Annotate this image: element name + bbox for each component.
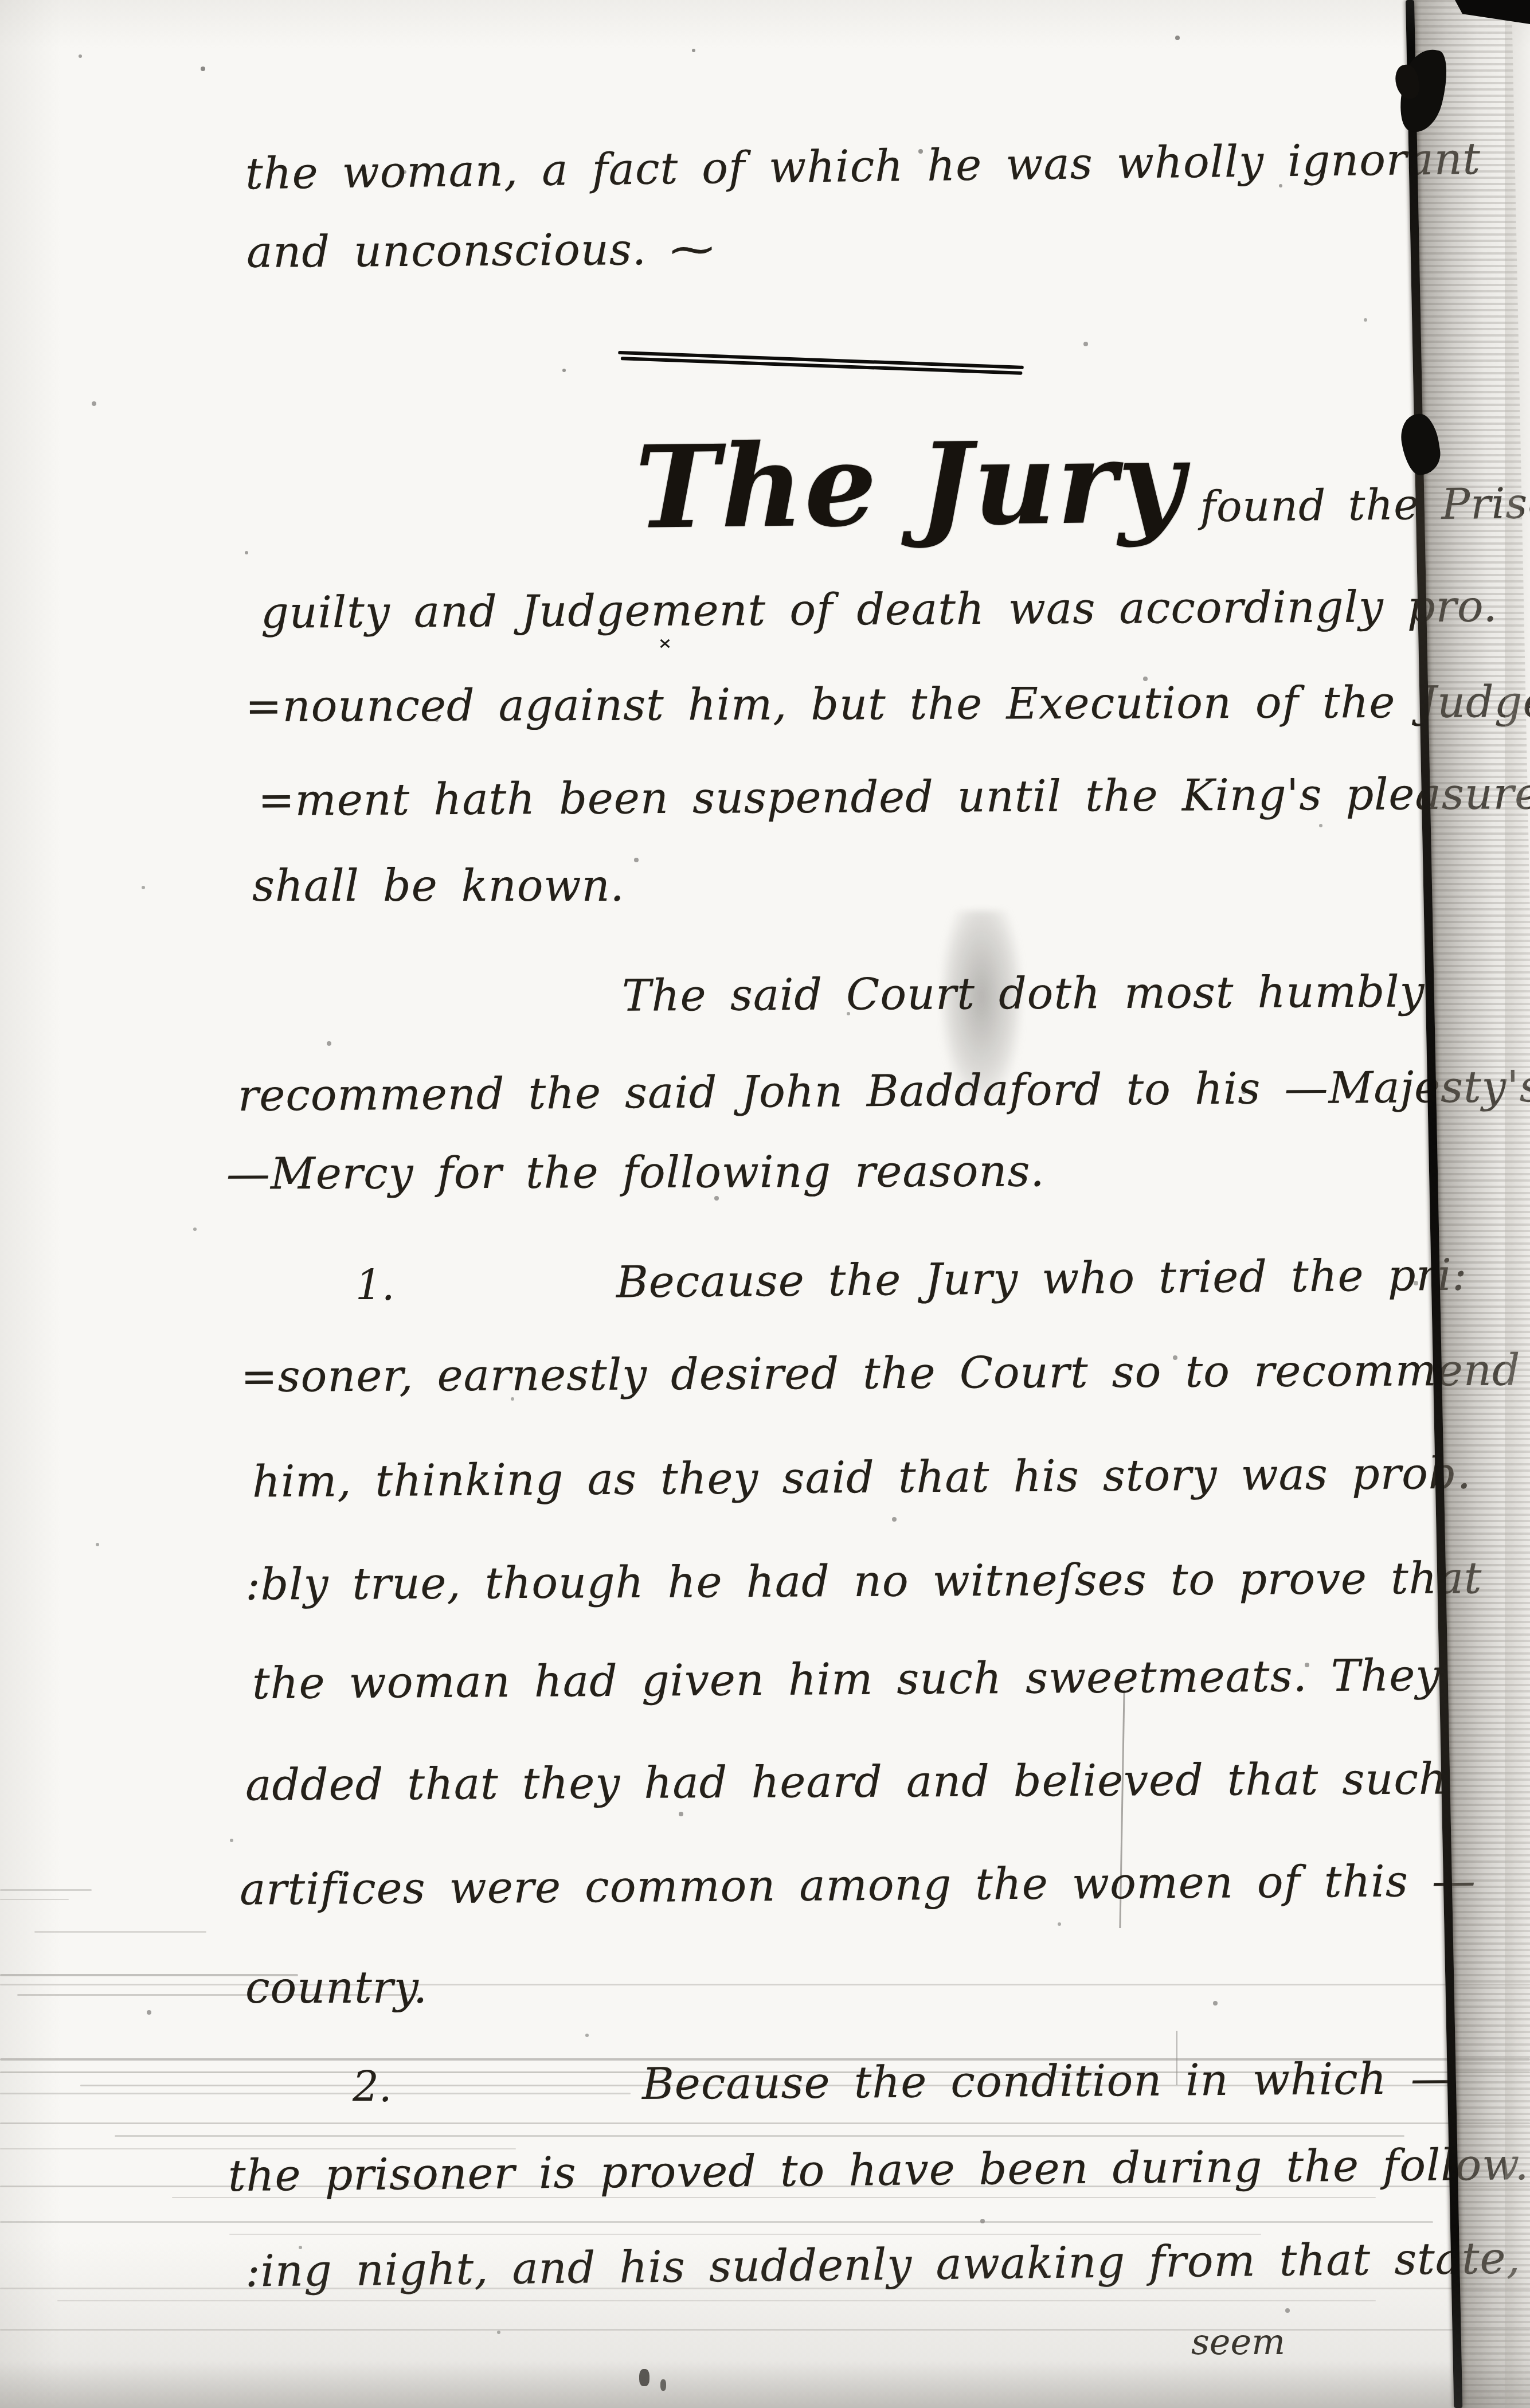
manuscript-line: =nounced against him, but the Execution … [245,676,1530,732]
manuscript-line: Because the condition in which — [642,2053,1455,2109]
manuscript-line: =soner, earnestly desired the Court so t… [241,1344,1530,1402]
page-outer-edge [1505,0,1530,2408]
manuscript-line: Because the Jury who tried the pri: [616,1249,1468,1308]
manuscript-line: The said Court doth most humbly [622,965,1425,1021]
bottom-scan-band [0,2361,1530,2408]
catchword: seem [1191,2321,1285,2363]
manuscript-line: him, thinking as they said that his stor… [252,1448,1472,1507]
manuscript-line: shall be known. [252,860,625,911]
manuscript-line: —Mercy for the following reasons. [226,1146,1045,1199]
manuscript-page: the woman, a fact of which he was wholly… [0,0,1530,2408]
manuscript-line: country. [245,1962,428,2013]
manuscript-line: and unconscious. ⁓ [246,223,715,277]
manuscript-line: added that they had heard and believed t… [245,1753,1447,1811]
paper-speckles [0,0,2,2]
ink-blot [659,638,671,649]
manuscript-line: recommend the said John Baddaford to his… [238,1061,1530,1121]
manuscript-line: artifices were common among the women of… [240,1855,1476,1914]
manuscript-line: the woman, a fact of which he was wholly… [245,133,1481,199]
manuscript-line: the woman had given him such sweetmeats.… [252,1649,1441,1709]
reason-number-1: 1. [355,1261,395,1309]
reason-number-2: 2. [353,2063,392,2111]
ink-blot [639,2369,649,2386]
section-divider-rule [618,351,1024,377]
manuscript-line: :ing night, and his suddenly awaking fro… [245,2232,1521,2296]
heading-large-words: The Jury [635,425,1185,545]
ink-blot [660,2379,666,2391]
manuscript-line: =ment hath been suspended until the King… [258,768,1530,826]
heading-the-jury: The Jury found the Prisoner ⁓ [635,420,1530,544]
manuscript-line: :bly true, though he had no witneſses to… [245,1552,1482,1609]
manuscript-line: the prisoner is proved to have been duri… [228,2139,1529,2201]
manuscript-line: guilty and Judgement of death was accord… [261,580,1498,638]
